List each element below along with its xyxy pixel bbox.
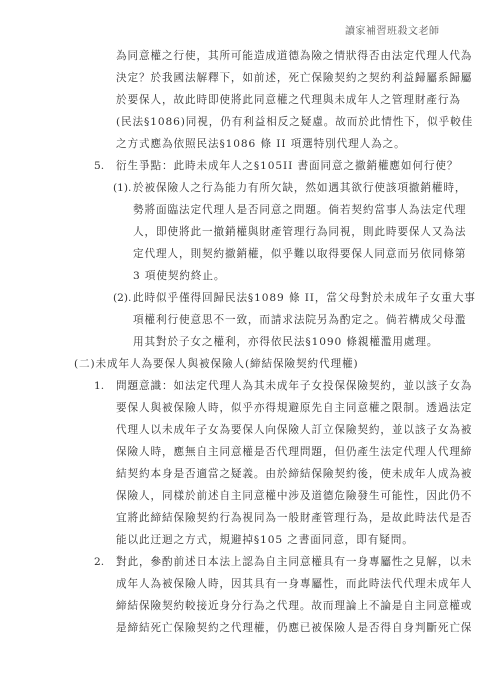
body-text-line: 之方式應為依照民法§1086 條 II 項選特別代理人為之。 <box>116 137 406 151</box>
body-text-line: 是締結死亡保險契約之代理權，仍應已被保險人是否得自身判斷死亡保 <box>116 621 472 635</box>
body-text-line: 代理人以未成年子女為要保人向保險人訂立保險契約，並以該子女為被 <box>116 423 472 437</box>
body-text-line: 於被保險人之行為能力有所欠缺，然如遇其欲行使該項撤銷權時， <box>133 181 466 195</box>
body-text-line: 締結保險契約較接近身分行為之代理。故而理論上不論是自主同意權或 <box>116 599 472 613</box>
body-text-line: 3 項使契約終止。 <box>133 269 225 283</box>
list-number: 5. <box>94 159 104 173</box>
item-title: 衍生爭點：此時未成年人之§105II 書面同意之撤銷權應如何行使？ <box>116 159 458 173</box>
body-text-line: 問題意識：如法定代理人為其未成年子女投保保險契約，並以該子女為 <box>116 379 472 393</box>
body-text-line: 能以此迂迴之方式，規避掉§105 之書面同意，即有疑問。 <box>116 533 414 547</box>
body-text-line: 勢將面臨法定代理人是否同意之問題。倘若契約當事人為法定代理 <box>133 203 466 217</box>
body-text-line: 於要保人，故此時即使將此同意權之代理與未成年人之管理財產行為 <box>116 93 461 107</box>
sub-item-marker: (1). <box>113 181 131 195</box>
body-text-line: (民法§1086)同視，仍有利益相反之疑慮。故而於此情性下，似乎較佳 <box>116 115 473 129</box>
sub-item-marker: (2). <box>113 291 131 305</box>
body-text-line: 定代理人，則契約撤銷權，似乎難以取得要保人同意而另依同條第 <box>133 247 466 261</box>
body-text-line: 人，即使將此一撤銷權與財產管理行為同視，則此時要保人又為法 <box>133 225 466 239</box>
body-text-line: 此時似乎僅得回歸民法§1089 條 II，當父母對於未成年子女重大事 <box>133 291 476 305</box>
body-text-line: 決定？於我國法解釋下，如前述，死亡保險契約之契約利益歸屬系歸屬 <box>116 71 472 85</box>
body-text-line: 用其對於子女之權利，亦得依民法§1090 條親權濫用處理。 <box>133 335 438 349</box>
body-text-line: 成年人為被保險人時，因其具有一身專屬性，而此時法代代理未成年人 <box>116 577 472 591</box>
list-number: 1. <box>94 379 104 393</box>
body-text-line: 保險人，同樣於前述自主同意權中涉及道德危險發生可能性，因此仍不 <box>116 489 472 503</box>
body-text-line: 項權利行使意思不一致，而請求法院另為酌定之。倘若構成父母濫 <box>133 313 466 327</box>
body-text-line: 宜將此締結保險契約行為視同為一般財產管理行為，是故此時法代是否 <box>116 511 472 525</box>
body-text-line: 為同意權之行使，其所可能造成道德為險之情狀得否由法定代理人代為 <box>116 49 472 63</box>
list-number: 2. <box>94 555 104 569</box>
body-text-line: 要保人與被保險人時，似乎亦得規避原先自主同意權之限制。透過法定 <box>116 401 472 415</box>
body-text-line: 對此，參酌前述日本法上認為自主同意權具有一身專屬性之見解，以未 <box>116 555 472 569</box>
section-heading: (二)未成年人為要保人與被保險人(締結保險契約代理權) <box>74 357 359 371</box>
page-header: 讀家補習班殺文老師 <box>345 22 440 37</box>
body-text-line: 保險人時，應無自主同意權是否代理問題，但仍產生法定代理人代理締 <box>116 445 472 459</box>
body-text-line: 結契約本身是否適當之疑義。由於締結保險契約後，使未成年人成為被 <box>116 467 472 481</box>
